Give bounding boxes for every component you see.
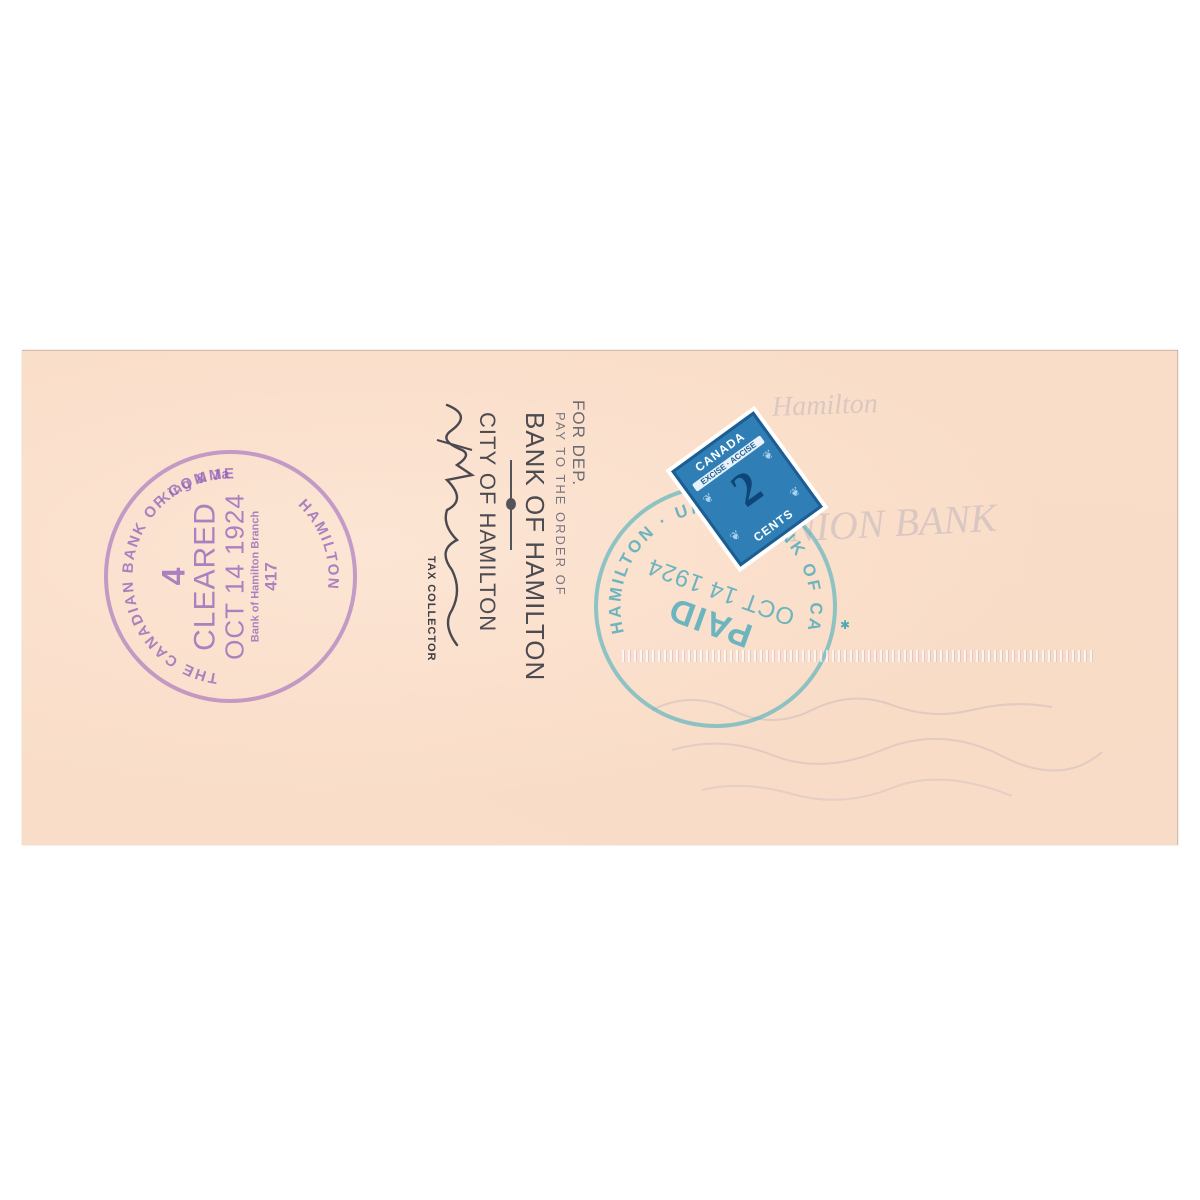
svg-text:HAMILTON: HAMILTON — [295, 496, 342, 591]
star-mark-icon: ✱ — [840, 618, 850, 632]
endorser-name: CITY OF HAMILTON — [474, 412, 500, 632]
clearing-date: OCT 14 1924 — [221, 454, 247, 699]
endorsement-stamp: FOR DEP. PAY TO THE ORDER OF BANK OF HAM… — [392, 400, 582, 740]
clearing-stamp: THE CANADIAN BANK OF COMMERCE HAMILTON K… — [104, 450, 357, 703]
clearing-number: 4 — [158, 454, 190, 699]
ghost-writing-city: Hamilton — [771, 388, 878, 424]
endorsement-divider — [510, 460, 512, 550]
clearing-branch-code: 417 — [261, 454, 281, 699]
perforated-right-edge — [1175, 350, 1183, 845]
payee-bank: BANK OF HAMILTON — [519, 412, 550, 681]
pay-to-order-label: PAY TO THE ORDER OF — [553, 412, 568, 597]
cheque-back: UNION BANK Hamilton THE CANADIAN BANK OF… — [22, 350, 1178, 845]
perforated-cancellation — [622, 650, 1094, 662]
clearing-branch: Bank of Hamilton Branch — [249, 454, 261, 699]
handwritten-signature — [432, 400, 477, 650]
clearing-status: CLEARED — [190, 454, 222, 699]
perforated-top-edge — [22, 345, 1178, 353]
signatory-title: TAX COLLECTOR — [425, 556, 437, 661]
for-deposit-label: FOR DEP. — [568, 400, 588, 486]
